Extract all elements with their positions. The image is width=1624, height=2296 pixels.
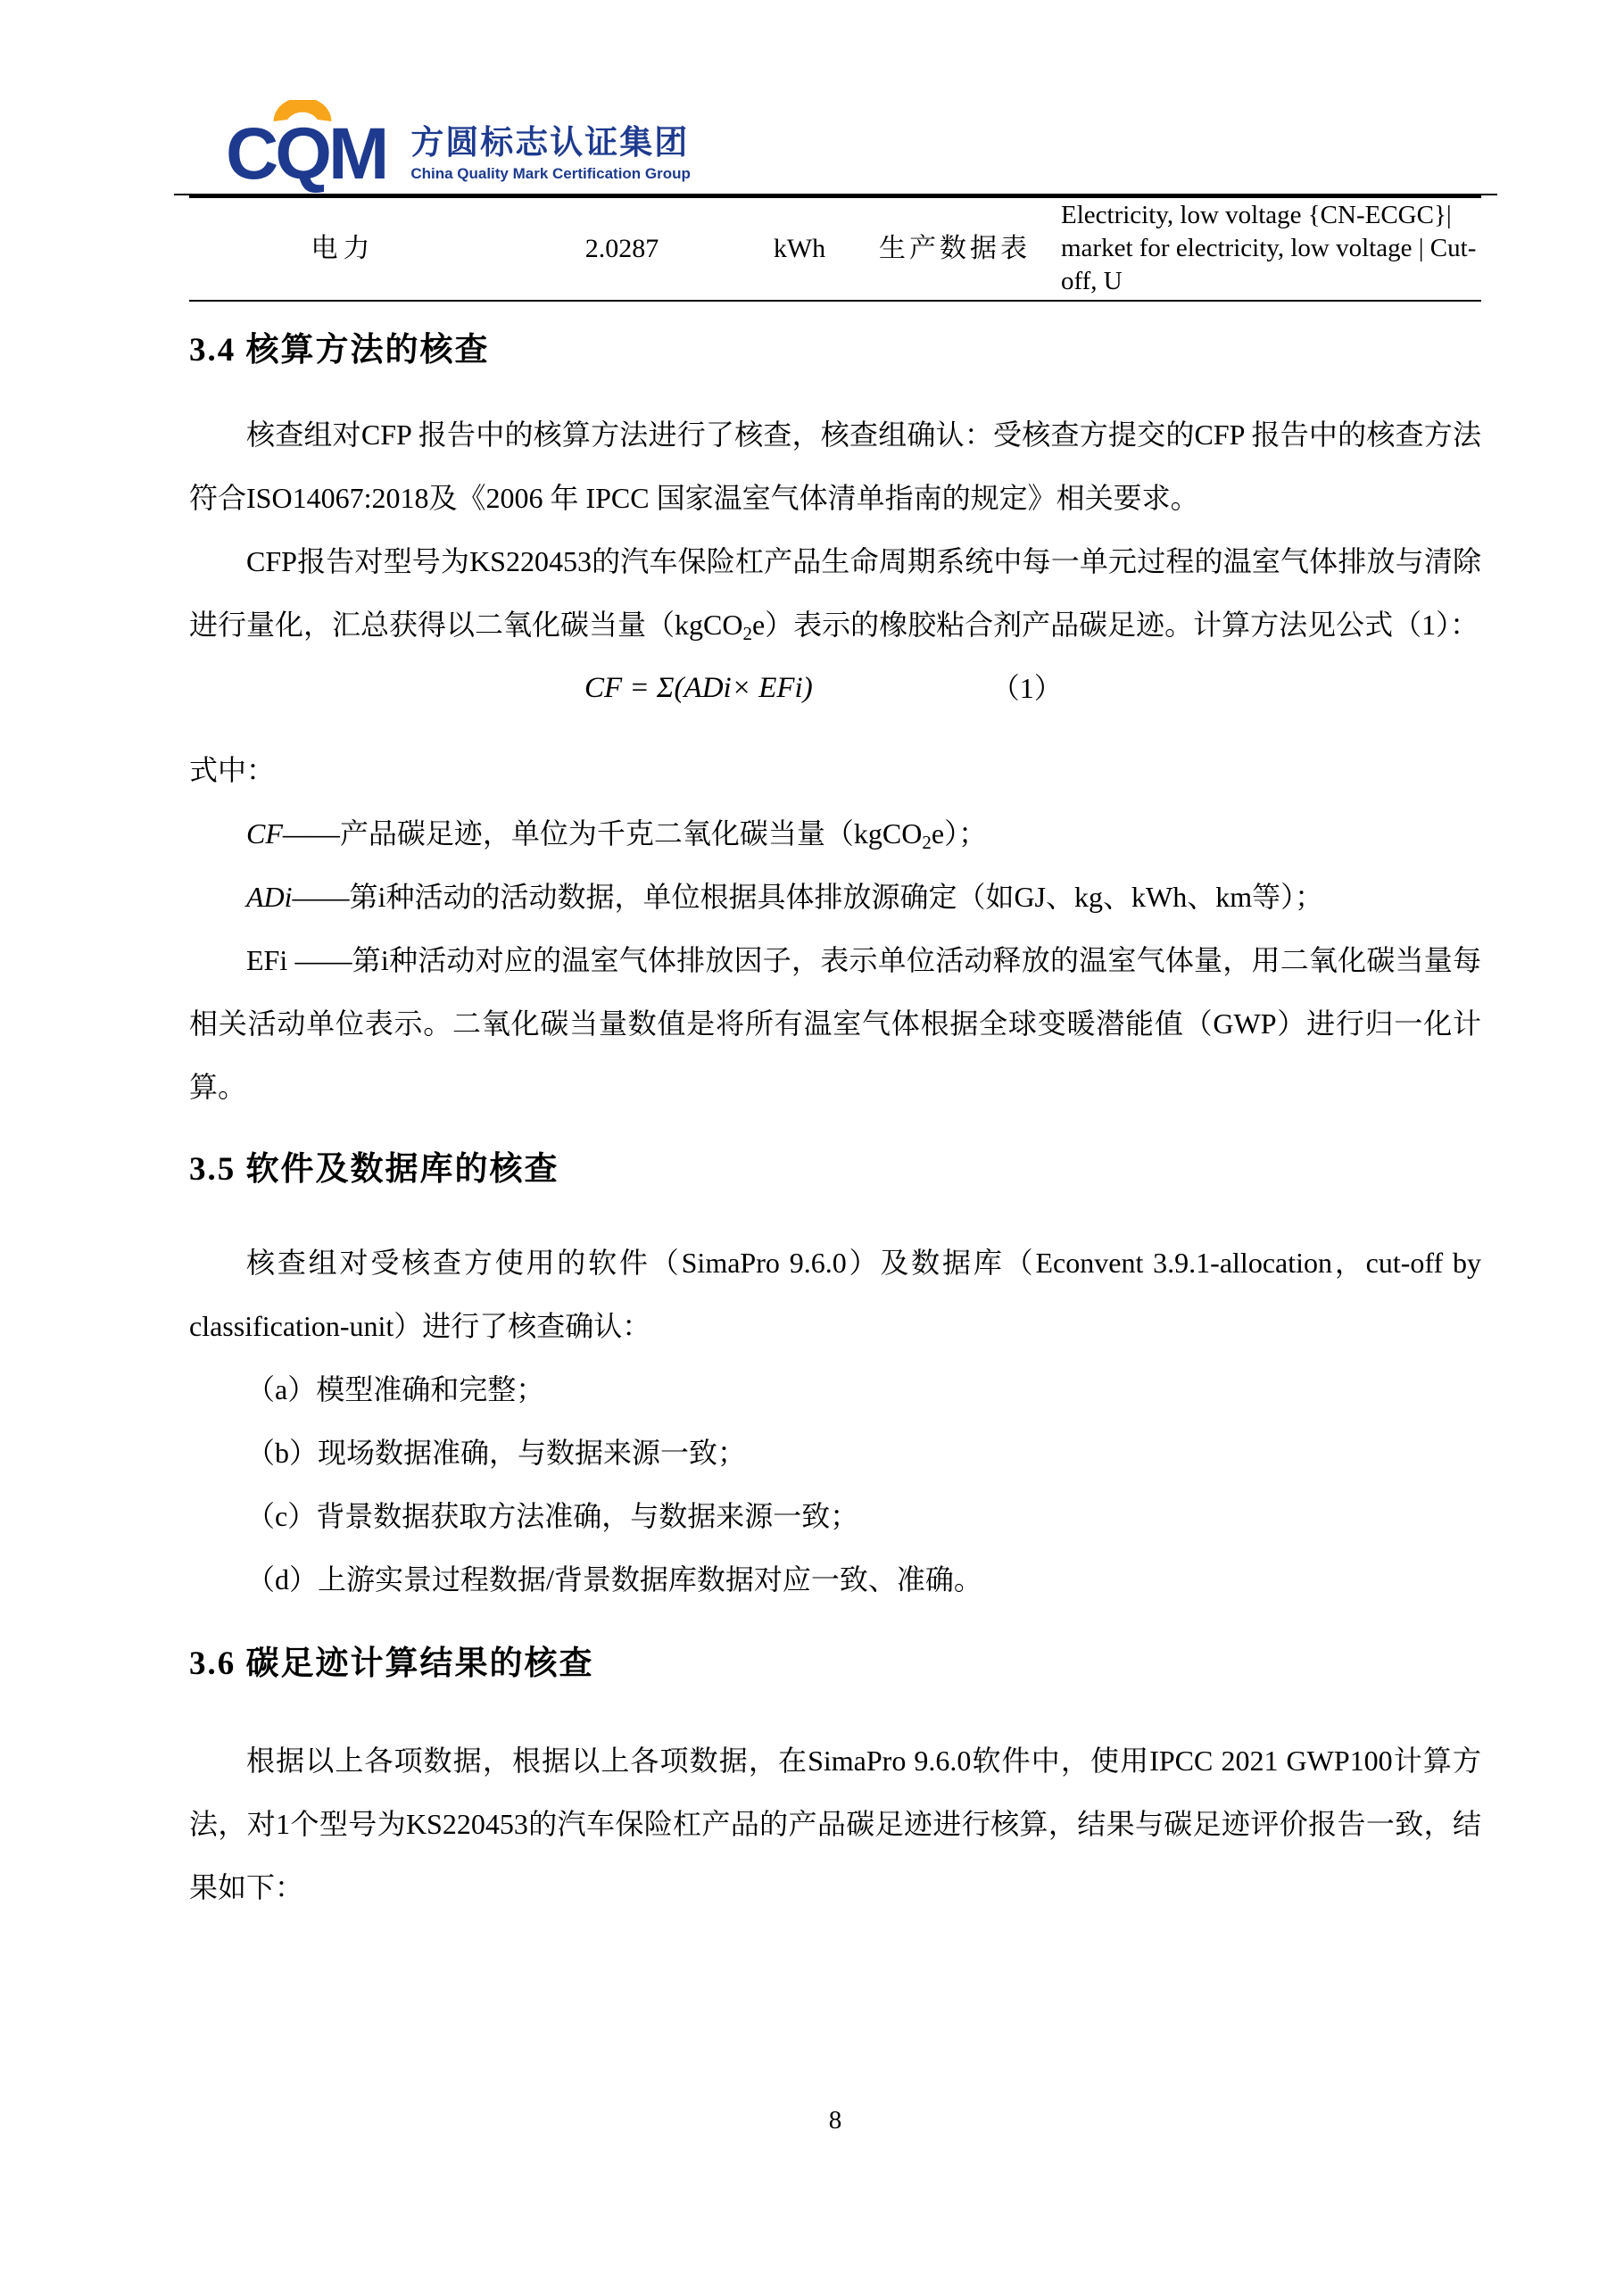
cqm-logo: CQM 方圆标志认证集团 China Quality Mark Certific… <box>226 98 691 187</box>
list-item-a: （a）模型准确和完整； <box>189 1358 1481 1422</box>
cqm-brand-text: 方圆标志认证集团 China Quality Mark Certificatio… <box>410 125 691 187</box>
formula-number: （1） <box>991 657 1063 720</box>
term: ADi <box>246 881 293 913</box>
definition-text: e）； <box>932 817 987 850</box>
definition-text: ——第i种活动对应的温室气体排放因子，表示单位活动释放的温室气体量，用二氧化碳当… <box>189 944 1481 1103</box>
section-heading-3-5: 3.5 软件及数据库的核查 <box>189 1148 1481 1192</box>
cell-item-name: 电力 <box>189 198 497 300</box>
cqm-logo-mark: CQM <box>226 98 385 187</box>
cqm-wordmark: CQM <box>226 121 385 187</box>
section-heading-3-4: 3.4 核算方法的核查 <box>189 328 1481 373</box>
section-heading-3-6: 3.6 碳足迹计算结果的核查 <box>189 1642 1481 1687</box>
emission-factor-table: 电力 2.0287 kWh 生产数据表 Electricity, low vol… <box>189 194 1481 302</box>
formula: CF = Σ(ADi× EFi) <box>584 657 813 720</box>
paragraph: 核查组对受核查方使用的软件（SimaPro 9.6.0）及数据库（Econven… <box>189 1231 1481 1358</box>
definition-efi: EFi ——第i种活动对应的温室气体排放因子，表示单位活动释放的温室气体量，用二… <box>189 929 1481 1119</box>
list-item-d: （d）上游实景过程数据/背景数据库数据对应一致、准确。 <box>189 1548 1481 1612</box>
cell-dataset-name: Electricity, low voltage {CN-ECGC}| mark… <box>1057 198 1481 300</box>
list-item-b: （b）现场数据准确，与数据来源一致； <box>189 1422 1481 1485</box>
subscript: 2 <box>922 832 932 853</box>
brand-name-en: China Quality Mark Certification Group <box>410 165 691 183</box>
logo-arc-icon <box>270 100 335 123</box>
brand-name-cn: 方圆标志认证集团 <box>410 125 691 161</box>
table-row: 电力 2.0287 kWh 生产数据表 Electricity, low vol… <box>189 198 1481 300</box>
where-label: 式中： <box>189 739 1481 802</box>
paragraph-text: 根据以上各项数据，根据以上各项数据，在SimaPro 9.6.0软件中，使用IP… <box>189 1745 1481 1903</box>
definition-cf: CF——产品碳足迹，单位为千克二氧化碳当量（kgCO2e）； <box>189 802 1481 866</box>
paragraph-text: 核查组对CFP 报告中的核算方法进行了核查，核查组确认：受核查方提交的CFP 报… <box>189 419 1481 514</box>
paragraph: CFP报告对型号为KS220453的汽车保险杠产品生命周期系统中每一单元过程的温… <box>189 530 1481 657</box>
term: EFi <box>246 944 294 976</box>
paragraph-text: 核查组对受核查方使用的软件（SimaPro 9.6.0）及数据库（Econven… <box>189 1247 1481 1342</box>
paragraph: 根据以上各项数据，根据以上各项数据，在SimaPro 9.6.0软件中，使用IP… <box>189 1729 1481 1919</box>
cell-data-source: 生产数据表 <box>852 198 1057 300</box>
list-item-c: （c）背景数据获取方法准确，与数据来源一致； <box>189 1485 1481 1548</box>
page-number: 8 <box>189 2104 1481 2136</box>
subscript: 2 <box>742 623 752 644</box>
formula-block: CF = Σ(ADi× EFi) （1） <box>189 657 1481 720</box>
cell-unit: kWh <box>747 198 852 300</box>
definition-text: ——产品碳足迹，单位为千克二氧化碳当量（kgCO <box>283 817 922 850</box>
paragraph-text: e）表示的橡胶粘合剂产品碳足迹。计算方法见公式（1）： <box>752 609 1479 641</box>
document-body: 3.4 核算方法的核查 核查组对CFP 报告中的核算方法进行了核查，核查组确认：… <box>189 312 1481 1919</box>
definition-adi: ADi——第i种活动的活动数据，单位根据具体排放源确定（如GJ、kg、kWh、k… <box>189 866 1481 929</box>
document-page: CQM 方圆标志认证集团 China Quality Mark Certific… <box>0 0 1624 2296</box>
cell-activity-value: 2.0287 <box>497 198 747 300</box>
definition-text: ——第i种活动的活动数据，单位根据具体排放源确定（如GJ、kg、kWh、km等）… <box>293 881 1324 913</box>
paragraph: 核查组对CFP 报告中的核算方法进行了核查，核查组确认：受核查方提交的CFP 报… <box>189 403 1481 530</box>
term: CF <box>246 817 283 850</box>
